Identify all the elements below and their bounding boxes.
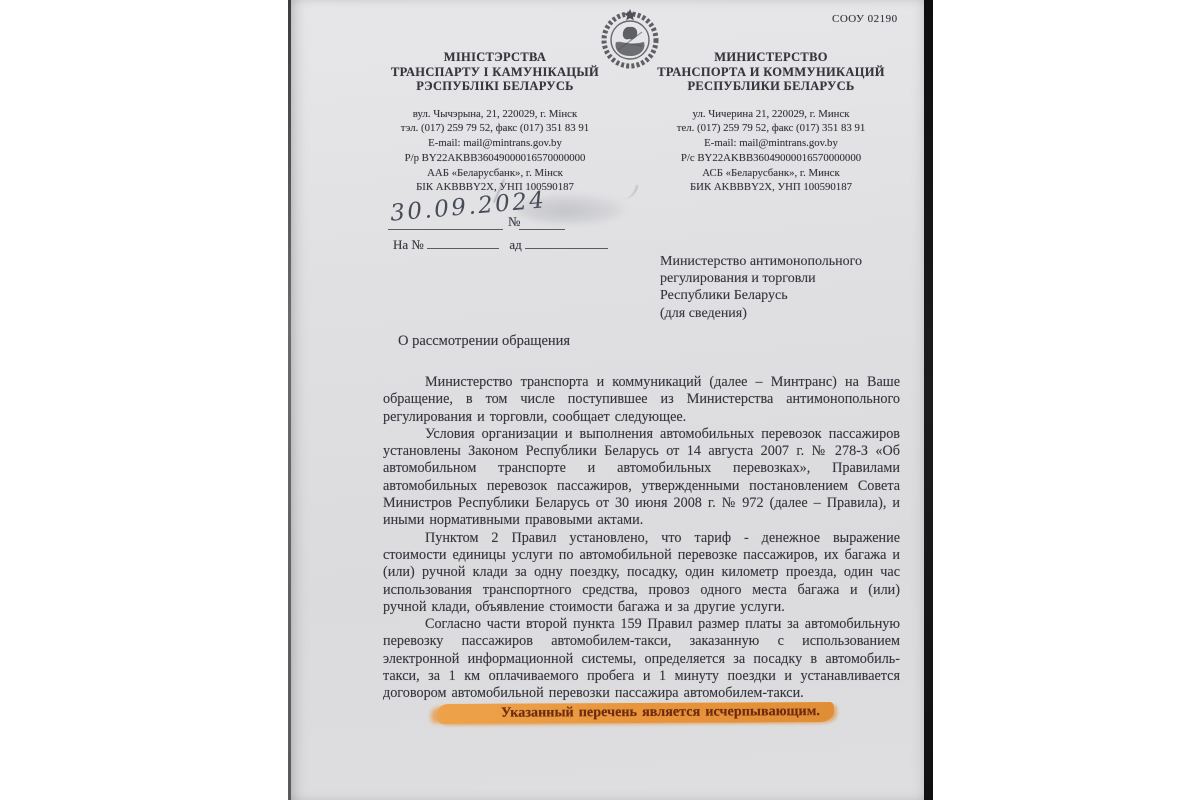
org-email-ru: E-mail: mail@mintrans.gov.by	[640, 136, 902, 151]
org-bank-ru: АСБ «Беларусбанк», г. Минск	[640, 166, 902, 181]
reply-number-label: На №	[393, 237, 424, 252]
org-phone-by: тэл. (017) 259 79 52, факс (017) 351 83 …	[364, 121, 626, 136]
letterhead-belarusian: МІНІСТЭРСТВА ТРАНСПАРТУ І КАМУНІКАЦЫЙ РЭ…	[364, 50, 626, 195]
org-account-by: Р/р BY22AKBB36049000016570000000	[364, 151, 626, 166]
recipient-block: Министерство антимонопольного регулирова…	[660, 253, 862, 322]
org-title-by-line: ТРАНСПАРТУ І КАМУНІКАЦЫЙ	[364, 65, 626, 80]
date-underline	[388, 229, 503, 230]
org-address-ru: ул. Чичерина 21, 220029, г. Минск	[640, 107, 902, 122]
number-sign: №	[508, 214, 520, 230]
recipient-line: Министерство антимонопольного	[660, 253, 862, 270]
reply-reference-line: На № ад	[393, 236, 608, 253]
reply-date-label: ад	[509, 237, 521, 252]
page-background: СООУ 02190 МІНІСТЭРСТВА ТРАНСПАРТУ І КАМ…	[0, 0, 1200, 800]
document-photo: СООУ 02190 МІНІСТЭРСТВА ТРАНСПАРТУ І КАМ…	[288, 0, 933, 800]
org-email-by: E-mail: mail@mintrans.gov.by	[364, 136, 626, 151]
orange-marker-highlight: Указанный перечень является исчерпывающи…	[437, 702, 834, 724]
org-title-ru-line: РЕСПУБЛИКИ БЕЛАРУСЬ	[640, 79, 902, 94]
org-title-ru-line: МИНИСТЕРСТВО	[640, 50, 902, 65]
reference-block: 30.09.2024 №	[388, 196, 668, 236]
star-icon	[624, 9, 636, 20]
org-phone-ru: тел. (017) 259 79 52, факс (017) 351 83 …	[640, 121, 902, 136]
org-address-by: вул. Чычэрына, 21, 220029, г. Мінск	[364, 107, 626, 122]
org-bank-by: ААБ «Беларусбанк», г. Мінск	[364, 166, 626, 181]
number-underline	[519, 229, 565, 230]
org-title-ru-line: ТРАНСПОРТА И КОММУНИКАЦИЙ	[640, 65, 902, 80]
org-bik-unp-ru: БИК AKBBBY2X, УНП 100590187	[640, 180, 902, 195]
letterhead-russian: МИНИСТЕРСТВО ТРАНСПОРТА И КОММУНИКАЦИЙ Р…	[640, 50, 902, 195]
org-title-by-line: МІНІСТЭРСТВА	[364, 50, 626, 65]
body-paragraph: Министерство транспорта и коммуникаций (…	[383, 374, 900, 426]
reply-date-blank	[525, 236, 608, 249]
faint-pen-mark	[622, 183, 639, 201]
body-paragraph: Согласно части второй пункта 159 Правил …	[383, 616, 900, 702]
form-code: СООУ 02190	[832, 13, 898, 25]
recipient-line: Республики Беларусь	[660, 287, 862, 304]
reply-number-blank	[427, 236, 499, 249]
org-title-by-line: РЭСПУБЛІКІ БЕЛАРУСЬ	[364, 79, 626, 94]
recipient-line: (для сведения)	[660, 305, 862, 322]
body-paragraph: Пунктом 2 Правил установлено, что тариф …	[383, 530, 900, 616]
letter-body: Министерство транспорта и коммуникаций (…	[383, 374, 900, 723]
recipient-line: регулирования и торговли	[660, 270, 862, 287]
body-paragraph: Условия организации и выполнения автомоб…	[383, 426, 900, 530]
highlighted-line: Указанный перечень является исчерпывающи…	[383, 703, 900, 723]
subject-line: О рассмотрении обращения	[398, 333, 570, 350]
org-account-ru: Р/с BY22AKBB36049000016570000000	[640, 151, 902, 166]
